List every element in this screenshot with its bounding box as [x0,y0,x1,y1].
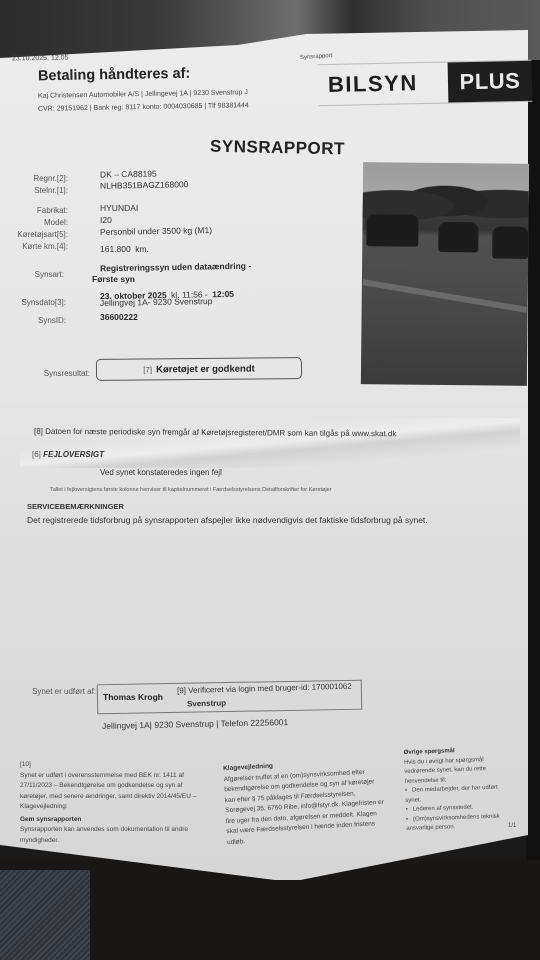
faults-ref: [6] [32,450,41,459]
fabrikat-value: HYUNDAI [100,203,138,213]
photo-car-right [492,226,528,258]
km-value: 161.800 [100,244,131,254]
regnr-label: Regnr.[2]: [8,174,68,183]
stelnr-label: Stelnr.[1]: [8,186,68,195]
faults-footnote: Tallet i fejloversigtens første kolonne … [50,487,332,493]
inspector-label: Synet er udført af: [32,687,96,696]
questions-title: Øvrige spørgsmål [404,748,455,756]
regnr-value: DK – CA88195 [100,169,157,180]
faults-title-text: FEJLOVERSIGT [43,450,104,459]
result-label: Synsresultat: [8,369,90,378]
result-box: [7] Køretøjet er godkendt [96,357,302,381]
synsid-value: 36600222 [100,312,138,322]
km-label: Kørte km.[4]: [8,242,68,251]
footer-legal-column: [10] Synet er udført i overensstemmelse … [20,760,210,846]
footer-legal-text: Synet er udført i overensstemmelse med B… [20,771,210,813]
inspector-name: Thomas Krogh [103,692,163,702]
page-number: 1/1 [508,823,516,829]
synsdato-label: Synsdato[3]: [6,298,66,307]
photo-lane-marking [362,279,527,313]
result-value: Køretøjet er godkendt [156,363,255,375]
footer-complaints-column: Klagevejledning Afgørelser truffet af en… [223,756,387,848]
model-label: Model: [8,218,68,227]
footer-keep-text: Synsrapporten kan anvendes som dokumenta… [20,825,210,846]
fabrikat-label: Fabrikat: [8,206,68,215]
synsid-label: SynsID: [6,316,66,325]
synsdato-time-end: 12:05 [212,289,234,299]
logo-text-left: BILSYN [318,70,449,99]
koretojsart-label: Køretøjsart[5]: [8,230,68,239]
report-title: SYNSRAPPORT [210,137,345,160]
model-value: I20 [100,215,112,225]
km-reading: 161.800 km. [100,239,149,257]
bilsyn-plus-logo: BILSYN PLUS [318,60,533,106]
complaints-title: Klagevejledning [223,763,273,773]
questions-item: (Om)synsvirksomhedens teknisk ansvarlige… [406,812,517,835]
faults-section-title: [6] FEJLOVERSIGT [32,450,104,459]
questions-list: Den medarbejder, der har udført synet. L… [405,783,517,834]
footer-keep-title: Gem synsrapporten [20,816,81,823]
payment-title: Betaling håndteres af: [38,66,191,85]
footer-questions-column: Øvrige spørgsmål Hvis du i øvrigt har sp… [404,745,517,834]
logo-text-right: PLUS [448,61,533,103]
km-unit: km. [135,244,149,254]
jeans-background [0,870,90,960]
synsart-label: Synsart: [4,270,64,279]
footer-ref: [10] [20,760,210,771]
print-timestamp: 23.10.2025, 12.05 [12,55,69,63]
photo-car-left [366,214,418,247]
service-remarks-text: Det registrerede tidsforbrug på synsrapp… [27,515,428,525]
service-remarks-title: SERVICEBEMÆRKNINGER [27,502,124,511]
complaints-text: Afgørelser truffet af en (om)synsvirksom… [223,766,387,848]
koretojsart-value: Personbil under 3500 kg (M1) [100,225,212,237]
synsdato-location: Jellingvej 1A- 9230 Svenstrup [100,296,213,308]
stelnr-value: NLHB351BAGZ168000 [100,179,189,191]
faults-text: Ved synet konstateredes ingen fejl [100,468,222,477]
vehicle-photo [361,162,529,386]
inspector-city: Svenstrup [187,698,226,708]
photo-car-center [438,222,478,252]
synsart-value-line2: Første syn [92,274,135,284]
result-ref: [7] [143,365,152,374]
questions-text: Hvis du i øvrigt har spørgsmål vedrørend… [404,755,515,787]
